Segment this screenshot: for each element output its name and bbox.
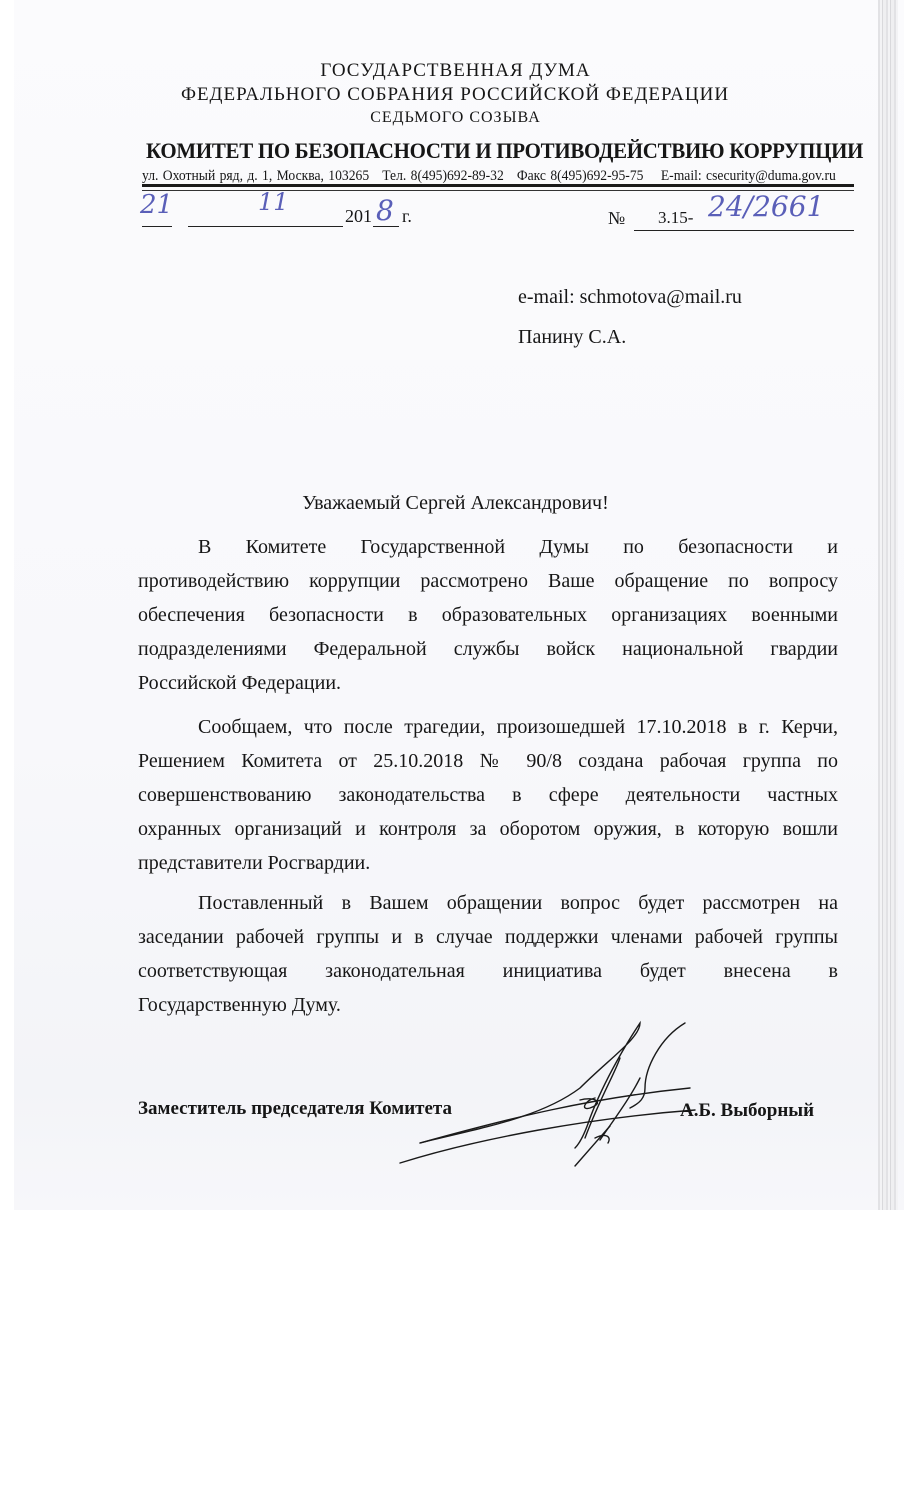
- letterhead-line-3: СЕДЬМОГО СОЗЫВА: [0, 109, 911, 127]
- paragraph-line: представители Росгвардии.: [138, 846, 838, 880]
- phone: Тел. 8(495)692-89-32: [382, 168, 504, 184]
- paragraph-line: Государственную Думу.: [138, 988, 838, 1022]
- paragraph-1: В Комитете Государственной Думы по безоп…: [138, 530, 838, 700]
- paragraph-line: Российской Федерации.: [138, 666, 838, 700]
- number-prefix: 3.15-: [658, 208, 693, 228]
- handwritten-year: 8: [376, 194, 394, 227]
- paragraph-line: Решением Комитета от 25.10.2018 № 90/8 с…: [138, 744, 838, 778]
- recipient-email: e-mail: schmotova@mail.ru: [518, 286, 742, 309]
- paragraph-line: подразделениями Федеральной службы войск…: [138, 632, 838, 666]
- paragraph-line: заседании рабочей группы и в случае подд…: [138, 920, 838, 954]
- recipient-name: Панину С.А.: [518, 326, 626, 349]
- paragraph-line: Сообщаем, что после трагедии, произошедш…: [138, 710, 838, 744]
- number-label: №: [608, 208, 625, 229]
- handwritten-day: 21: [140, 190, 173, 220]
- paragraph-2: Сообщаем, что после трагедии, произошедш…: [138, 710, 838, 880]
- paragraph-line: обеспечения безопасности в образовательн…: [138, 598, 838, 632]
- paragraph-line: В Комитете Государственной Думы по безоп…: [138, 530, 838, 564]
- letterhead-rule-thick: [142, 184, 854, 187]
- day-underline: [142, 226, 172, 227]
- letterhead-email: E-mail: csecurity@duma.gov.ru: [661, 168, 836, 184]
- paragraph-line: Поставленный в Вашем обращении вопрос бу…: [138, 886, 838, 920]
- committee-name: КОМИТЕТ ПО БЕЗОПАСНОСТИ И ПРОТИВОДЕЙСТВИ…: [146, 138, 863, 164]
- year-suffix: г.: [402, 206, 412, 227]
- scan-edge-band: [878, 0, 898, 1210]
- signer-name: А.Б. Выборный: [680, 1100, 814, 1122]
- number-underline: [634, 230, 854, 231]
- paragraph-line: противодействию коррупции рассмотрено Ва…: [138, 564, 838, 598]
- handwritten-month: 11: [258, 188, 289, 216]
- fax: Факс 8(495)692-95-75: [517, 168, 644, 184]
- paragraph-line: совершенствованию законодательства в сфе…: [138, 778, 838, 812]
- letterhead-line-2: ФЕДЕРАЛЬНОГО СОБРАНИЯ РОССИЙСКОЙ ФЕДЕРАЦ…: [55, 84, 855, 106]
- address: ул. Охотный ряд, д. 1, Москва, 103265: [142, 168, 369, 184]
- paragraph-3: Поставленный в Вашем обращении вопрос бу…: [138, 886, 838, 1022]
- salutation: Уважаемый Сергей Александрович!: [0, 492, 911, 515]
- letterhead-line-1: ГОСУДАРСТВЕННАЯ ДУМА: [0, 60, 911, 82]
- handwritten-number: 24/2661: [708, 190, 824, 223]
- handwritten-signature-icon: [390, 1018, 770, 1168]
- month-underline: [188, 226, 343, 227]
- letterhead-contacts: ул. Охотный ряд, д. 1, Москва, 103265 Те…: [142, 168, 836, 185]
- paragraph-line: соответствующая законодательная инициати…: [138, 954, 838, 988]
- year-prefix: 201: [345, 206, 372, 227]
- paragraph-line: охранных организаций и контроля за оборо…: [138, 812, 838, 846]
